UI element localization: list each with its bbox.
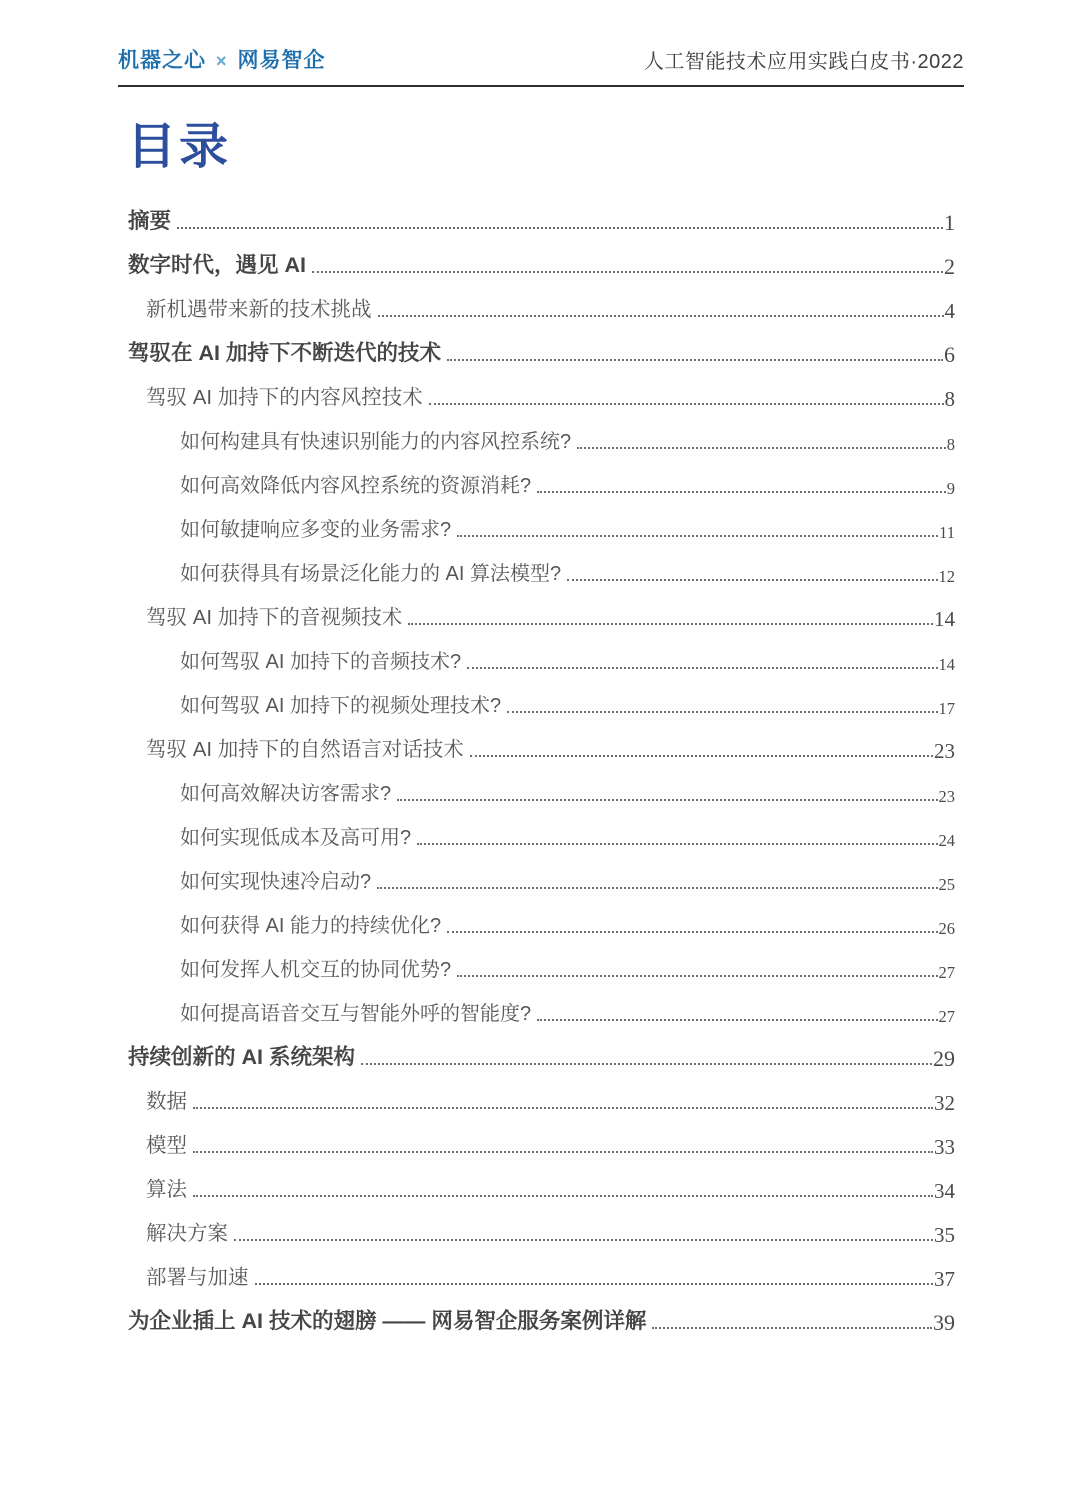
brand-logo: 机器之心 × 网易智企 [118, 44, 326, 74]
toc-entry[interactable]: 驾驭 AI 加持下的内容风控技术8 [128, 366, 955, 410]
dot-leader [397, 799, 937, 801]
dot-leader [537, 491, 946, 493]
toc-entry[interactable]: 驾驭在 AI 加持下不断迭代的技术6 [128, 322, 955, 366]
toc-entry-label: 算法 [146, 1178, 187, 1202]
toc-entry-page: 29 [933, 1048, 955, 1070]
toc-entry[interactable]: 如何驾驭 AI 加持下的视频处理技术?17 [128, 674, 955, 718]
toc-entry[interactable]: 如何提高语音交互与智能外呼的智能度?27 [128, 982, 955, 1026]
toc-entry-label: 如何高效降低内容风控系统的资源消耗? [180, 475, 531, 498]
dot-leader [567, 579, 937, 581]
toc-entry[interactable]: 如何获得具有场景泛化能力的 AI 算法模型?12 [128, 542, 955, 586]
toc-entry-page: 23 [939, 789, 956, 806]
dot-leader [193, 1195, 933, 1197]
toc-entry-page: 11 [939, 525, 955, 542]
toc-entry-page: 26 [939, 921, 956, 938]
dot-leader [537, 1019, 937, 1021]
dot-leader [255, 1283, 934, 1285]
toc-entry[interactable]: 模型33 [128, 1114, 955, 1158]
toc-entry-page: 14 [939, 657, 956, 674]
toc-entry-label: 驾驭 AI 加持下的内容风控技术 [146, 386, 423, 410]
toc-entry[interactable]: 驾驭 AI 加持下的音视频技术14 [128, 586, 955, 630]
dot-leader [577, 447, 946, 449]
toc-entry-label: 如何驾驭 AI 加持下的音频技术? [180, 651, 461, 674]
toc-entry-label: 持续创新的 AI 系统架构 [128, 1045, 355, 1070]
toc-entry[interactable]: 部署与加速37 [128, 1246, 955, 1290]
document-page: 机器之心 × 网易智企 人工智能技术应用实践白皮书·2022 目录 摘要1数字时… [0, 0, 1080, 1488]
page-header: 机器之心 × 网易智企 人工智能技术应用实践白皮书·2022 [118, 44, 964, 87]
toc-entry[interactable]: 如何构建具有快速识别能力的内容风控系统?8 [128, 410, 955, 454]
toc-entry-page: 12 [939, 569, 956, 586]
toc-entry-page: 4 [945, 301, 956, 322]
toc-entry-page: 8 [947, 437, 955, 454]
toc-entry-label: 数字时代，遇见 AI [128, 253, 306, 278]
dot-leader [507, 711, 937, 713]
dot-leader [361, 1063, 932, 1065]
toc-entry-label: 如何驾驭 AI 加持下的视频处理技术? [180, 695, 501, 718]
dot-leader [652, 1327, 932, 1329]
toc-entry[interactable]: 如何敏捷响应多变的业务需求?11 [128, 498, 955, 542]
toc-entry-page: 17 [939, 701, 956, 718]
toc-entry-page: 24 [939, 833, 956, 850]
dot-leader [457, 975, 937, 977]
toc-entry-page: 37 [934, 1269, 955, 1290]
toc-entry-page: 33 [934, 1137, 955, 1158]
brand-x-mark: × [216, 51, 228, 72]
toc-entry-label: 模型 [146, 1134, 187, 1158]
toc-entry-label: 驾驭 AI 加持下的自然语言对话技术 [146, 738, 464, 762]
toc-entry[interactable]: 如何获得 AI 能力的持续优化?26 [128, 894, 955, 938]
toc-entry-page: 9 [947, 481, 955, 498]
toc-entry-label: 如何实现快速冷启动? [180, 871, 371, 894]
dot-leader [378, 315, 944, 317]
toc-entry-label: 为企业插上 AI 技术的翅膀 —— 网易智企服务案例详解 [128, 1309, 646, 1334]
toc-entry-label: 如何高效解决访客需求? [180, 783, 391, 806]
toc-entry-page: 32 [934, 1093, 955, 1114]
toc-entry-page: 39 [933, 1312, 955, 1334]
toc-entry-page: 27 [939, 1009, 956, 1026]
toc-entry[interactable]: 新机遇带来新的技术挑战4 [128, 278, 955, 322]
dot-leader [470, 755, 933, 757]
toc-entry-label: 解决方案 [146, 1222, 228, 1246]
toc-entry-label: 如何构建具有快速识别能力的内容风控系统? [180, 431, 571, 454]
toc-entry-label: 新机遇带来新的技术挑战 [146, 298, 372, 322]
toc-entry-label: 驾驭 AI 加持下的音视频技术 [146, 606, 402, 630]
dot-leader [447, 359, 943, 361]
toc-entry-page: 27 [939, 965, 956, 982]
toc-entry-label: 数据 [146, 1090, 187, 1114]
toc-entry[interactable]: 如何驾驭 AI 加持下的音频技术?14 [128, 630, 955, 674]
toc-entry-label: 部署与加速 [146, 1266, 249, 1290]
toc-entry-page: 2 [944, 256, 955, 278]
dot-leader [457, 535, 938, 537]
brand-left-label: 机器之心 [118, 44, 206, 74]
dot-leader [193, 1151, 933, 1153]
toc-entry[interactable]: 摘要1 [128, 190, 955, 234]
toc-entry-page: 34 [934, 1181, 955, 1202]
toc-entry[interactable]: 如何实现快速冷启动?25 [128, 850, 955, 894]
dot-leader [193, 1107, 933, 1109]
toc-entry-label: 驾驭在 AI 加持下不断迭代的技术 [128, 341, 441, 366]
dot-leader [177, 227, 943, 229]
toc-entry-page: 8 [945, 389, 956, 410]
toc-entry[interactable]: 持续创新的 AI 系统架构29 [128, 1026, 955, 1070]
toc-entry[interactable]: 如何高效降低内容风控系统的资源消耗?9 [128, 454, 955, 498]
brand-right-label: 网易智企 [238, 44, 326, 74]
dot-leader [417, 843, 937, 845]
toc-entry-label: 如何提高语音交互与智能外呼的智能度? [180, 1003, 531, 1026]
header-doc-title: 人工智能技术应用实践白皮书·2022 [644, 45, 964, 74]
dot-leader [447, 931, 937, 933]
toc-entry-page: 6 [944, 344, 955, 366]
toc-entry[interactable]: 如何发挥人机交互的协同优势?27 [128, 938, 955, 982]
toc-entry-label: 如何获得 AI 能力的持续优化? [180, 915, 441, 938]
dot-leader [312, 271, 943, 273]
dot-leader [429, 403, 944, 405]
toc-entry[interactable]: 解决方案35 [128, 1202, 955, 1246]
toc-entry-label: 如何实现低成本及高可用? [180, 827, 411, 850]
dot-leader [234, 1239, 933, 1241]
toc-entry[interactable]: 为企业插上 AI 技术的翅膀 —— 网易智企服务案例详解39 [128, 1290, 955, 1334]
toc-entry[interactable]: 数字时代，遇见 AI2 [128, 234, 955, 278]
toc-entry-label: 如何敏捷响应多变的业务需求? [180, 519, 451, 542]
toc-list: 摘要1数字时代，遇见 AI2新机遇带来新的技术挑战4驾驭在 AI 加持下不断迭代… [128, 190, 955, 1334]
dot-leader [408, 623, 933, 625]
toc-entry[interactable]: 算法34 [128, 1158, 955, 1202]
dot-leader [377, 887, 937, 889]
toc-entry-page: 25 [939, 877, 956, 894]
toc-entry-page: 35 [934, 1225, 955, 1246]
toc-entry-label: 摘要 [128, 209, 171, 234]
toc-entry-label: 如何获得具有场景泛化能力的 AI 算法模型? [180, 563, 561, 586]
toc-entry[interactable]: 驾驭 AI 加持下的自然语言对话技术23 [128, 718, 955, 762]
toc-entry[interactable]: 数据32 [128, 1070, 955, 1114]
toc-entry-label: 如何发挥人机交互的协同优势? [180, 959, 451, 982]
page-title: 目录 [127, 116, 231, 180]
toc-entry[interactable]: 如何实现低成本及高可用?24 [128, 806, 955, 850]
toc-entry[interactable]: 如何高效解决访客需求?23 [128, 762, 955, 806]
dot-leader [467, 667, 937, 669]
toc-entry-page: 23 [934, 741, 955, 762]
toc-entry-page: 14 [934, 609, 955, 630]
toc-entry-page: 1 [944, 212, 955, 234]
